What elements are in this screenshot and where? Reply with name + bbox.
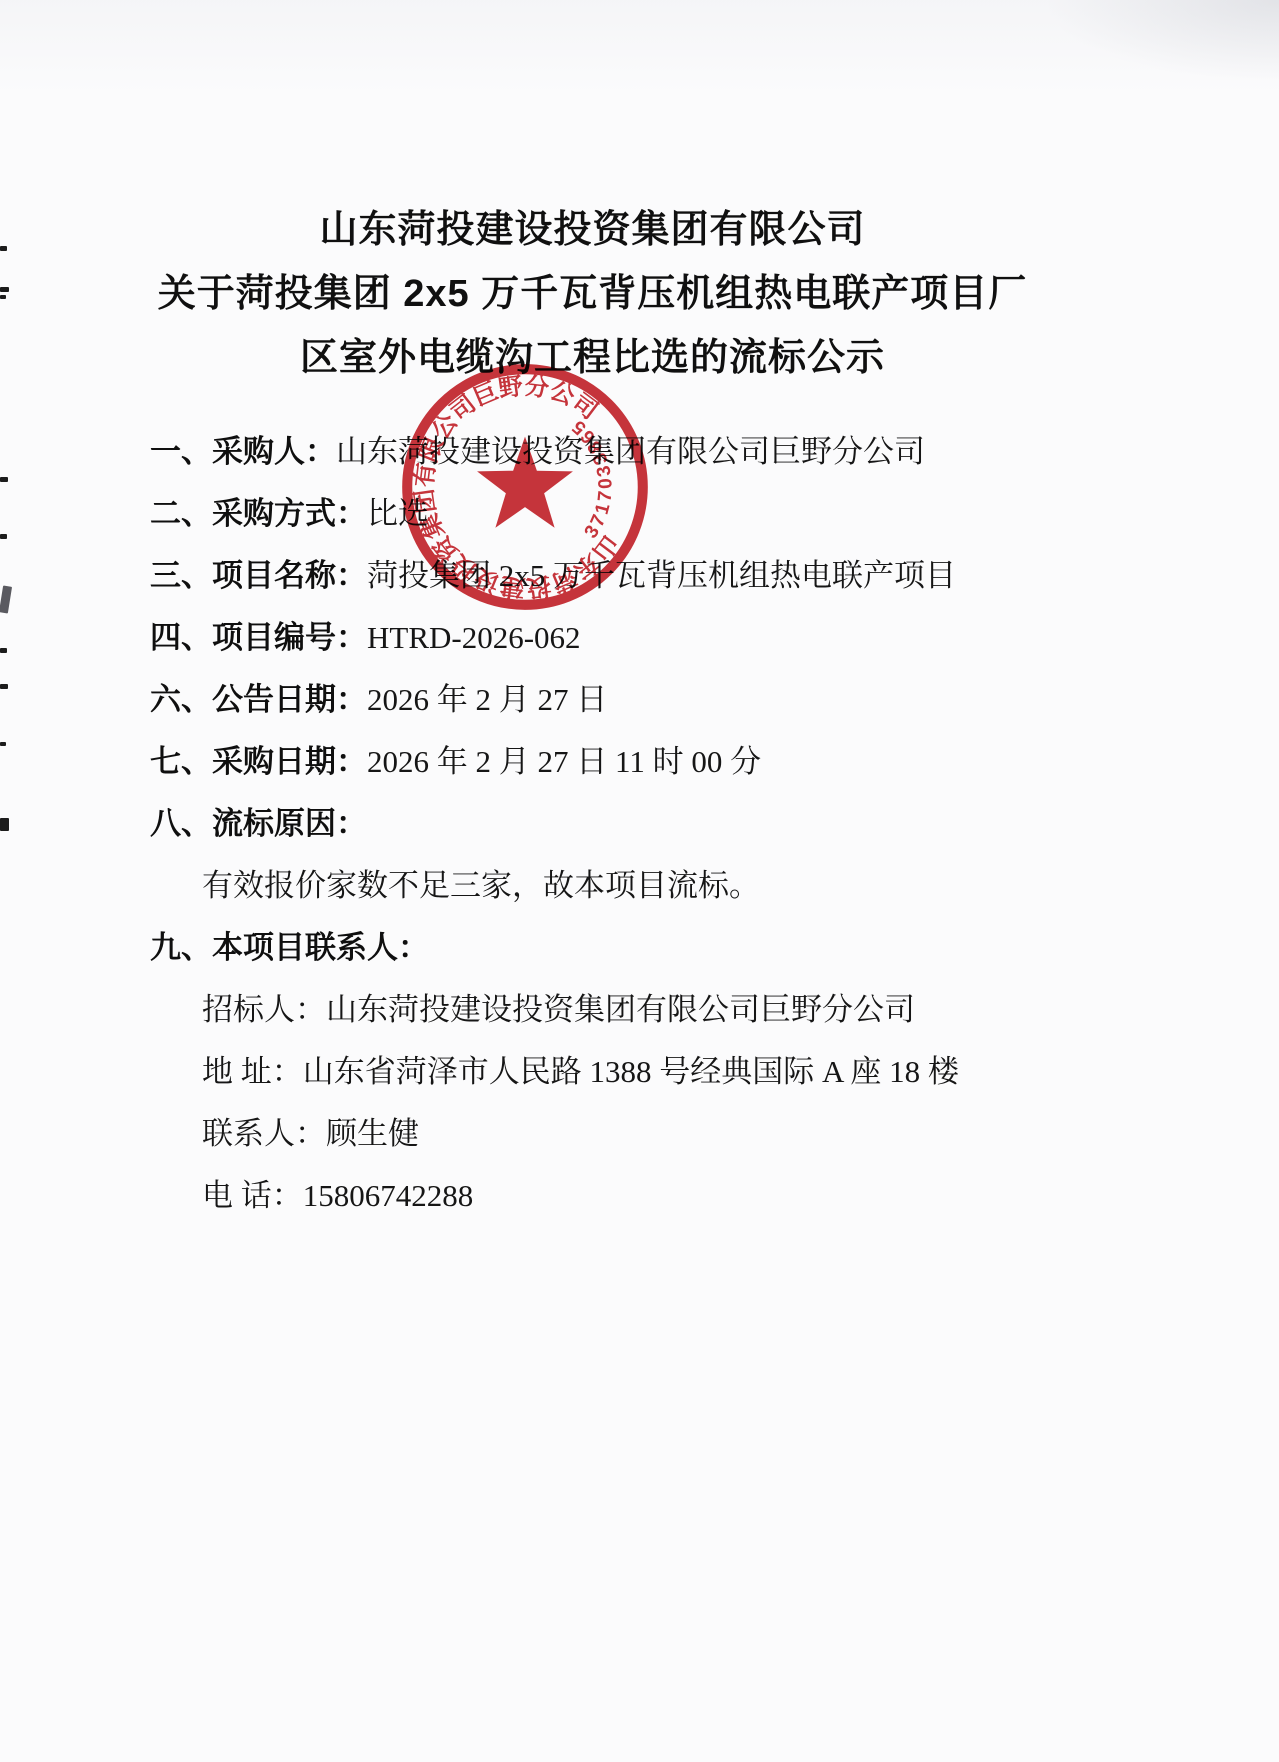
failure-reason-detail: 有效报价家数不足三家，故本项目流标。 (150, 855, 1090, 917)
item-value: 2026 年 2 月 27 日 11 时 00 分 (367, 744, 761, 779)
item-procurement-date: 七、采购日期：2026 年 2 月 27 日 11 时 00 分 (150, 731, 1090, 793)
scan-artifact (0, 287, 9, 292)
item-label: 二、采购方式： (150, 496, 367, 531)
item-value: 菏投集团 2x5 万千瓦背压机组热电联产项目 (367, 558, 956, 593)
item-project-name: 三、项目名称：菏投集团 2x5 万千瓦背压机组热电联产项目 (150, 545, 1090, 607)
scan-artifact (0, 246, 7, 251)
item-value: HTRD-2026-062 (367, 620, 581, 655)
contact-value: 山东省菏泽市人民路 1388 号经典国际 A 座 18 楼 (303, 1054, 959, 1089)
item-announcement-date: 六、公告日期：2026 年 2 月 27 日 (150, 669, 1090, 731)
contact-phone: 电 话：15806742288 (150, 1165, 1090, 1227)
item-label: 六、公告日期： (150, 682, 367, 717)
contact-tenderer: 招标人：山东菏投建设投资集团有限公司巨野分公司 (150, 979, 1090, 1041)
item-label: 三、项目名称： (150, 558, 367, 593)
contact-label: 电 话： (202, 1178, 303, 1213)
scan-artifact (0, 295, 6, 299)
item-purchaser: 一、采购人：山东菏投建设投资集团有限公司巨野分公司 (150, 421, 1090, 483)
scan-artifact (0, 684, 8, 689)
item-procurement-method: 二、采购方式：比选 (150, 483, 1090, 545)
scan-noise-top (0, 0, 1279, 110)
scan-artifact (0, 477, 8, 482)
contact-value: 山东菏投建设投资集团有限公司巨野分公司 (326, 992, 915, 1027)
scan-artifact (0, 585, 12, 613)
item-label: 七、采购日期： (150, 744, 367, 779)
item-label: 一、采购人： (150, 434, 336, 469)
item-failure-reason-heading: 八、流标原因： (150, 793, 1090, 855)
scan-artifact (0, 818, 9, 831)
item-value: 山东菏投建设投资集团有限公司巨野分公司 (336, 434, 925, 469)
scan-artifact (0, 648, 7, 653)
contact-label: 地 址： (202, 1054, 303, 1089)
title-line-3: 区室外电缆沟工程比选的流标公示 (140, 326, 1045, 390)
scan-noise-topright (1049, 0, 1279, 80)
document-title: 山东菏投建设投资集团有限公司 关于菏投集团 2x5 万千瓦背压机组热电联产项目厂… (140, 198, 1045, 390)
contacts-heading: 九、本项目联系人： (150, 917, 1090, 979)
title-line-1: 山东菏投建设投资集团有限公司 (140, 198, 1045, 262)
item-value: 2026 年 2 月 27 日 (367, 682, 607, 717)
document-body: 一、采购人：山东菏投建设投资集团有限公司巨野分公司 二、采购方式：比选 三、项目… (150, 421, 1090, 1227)
item-project-number: 四、项目编号：HTRD-2026-062 (150, 607, 1090, 669)
scan-artifact (0, 742, 6, 746)
title-line-2: 关于菏投集团 2x5 万千瓦背压机组热电联产项目厂 (140, 262, 1045, 326)
item-label: 四、项目编号： (150, 620, 367, 655)
item-value: 比选 (367, 496, 429, 531)
contact-label: 招标人： (202, 992, 326, 1027)
contact-value: 15806742288 (303, 1178, 474, 1213)
contact-value: 顾生健 (326, 1116, 419, 1151)
scan-artifact (0, 534, 7, 539)
item-label: 八、流标原因： (150, 806, 367, 841)
contact-person: 联系人：顾生健 (150, 1103, 1090, 1165)
contact-address: 地 址：山东省菏泽市人民路 1388 号经典国际 A 座 18 楼 (150, 1041, 1090, 1103)
contact-label: 联系人： (202, 1116, 326, 1151)
